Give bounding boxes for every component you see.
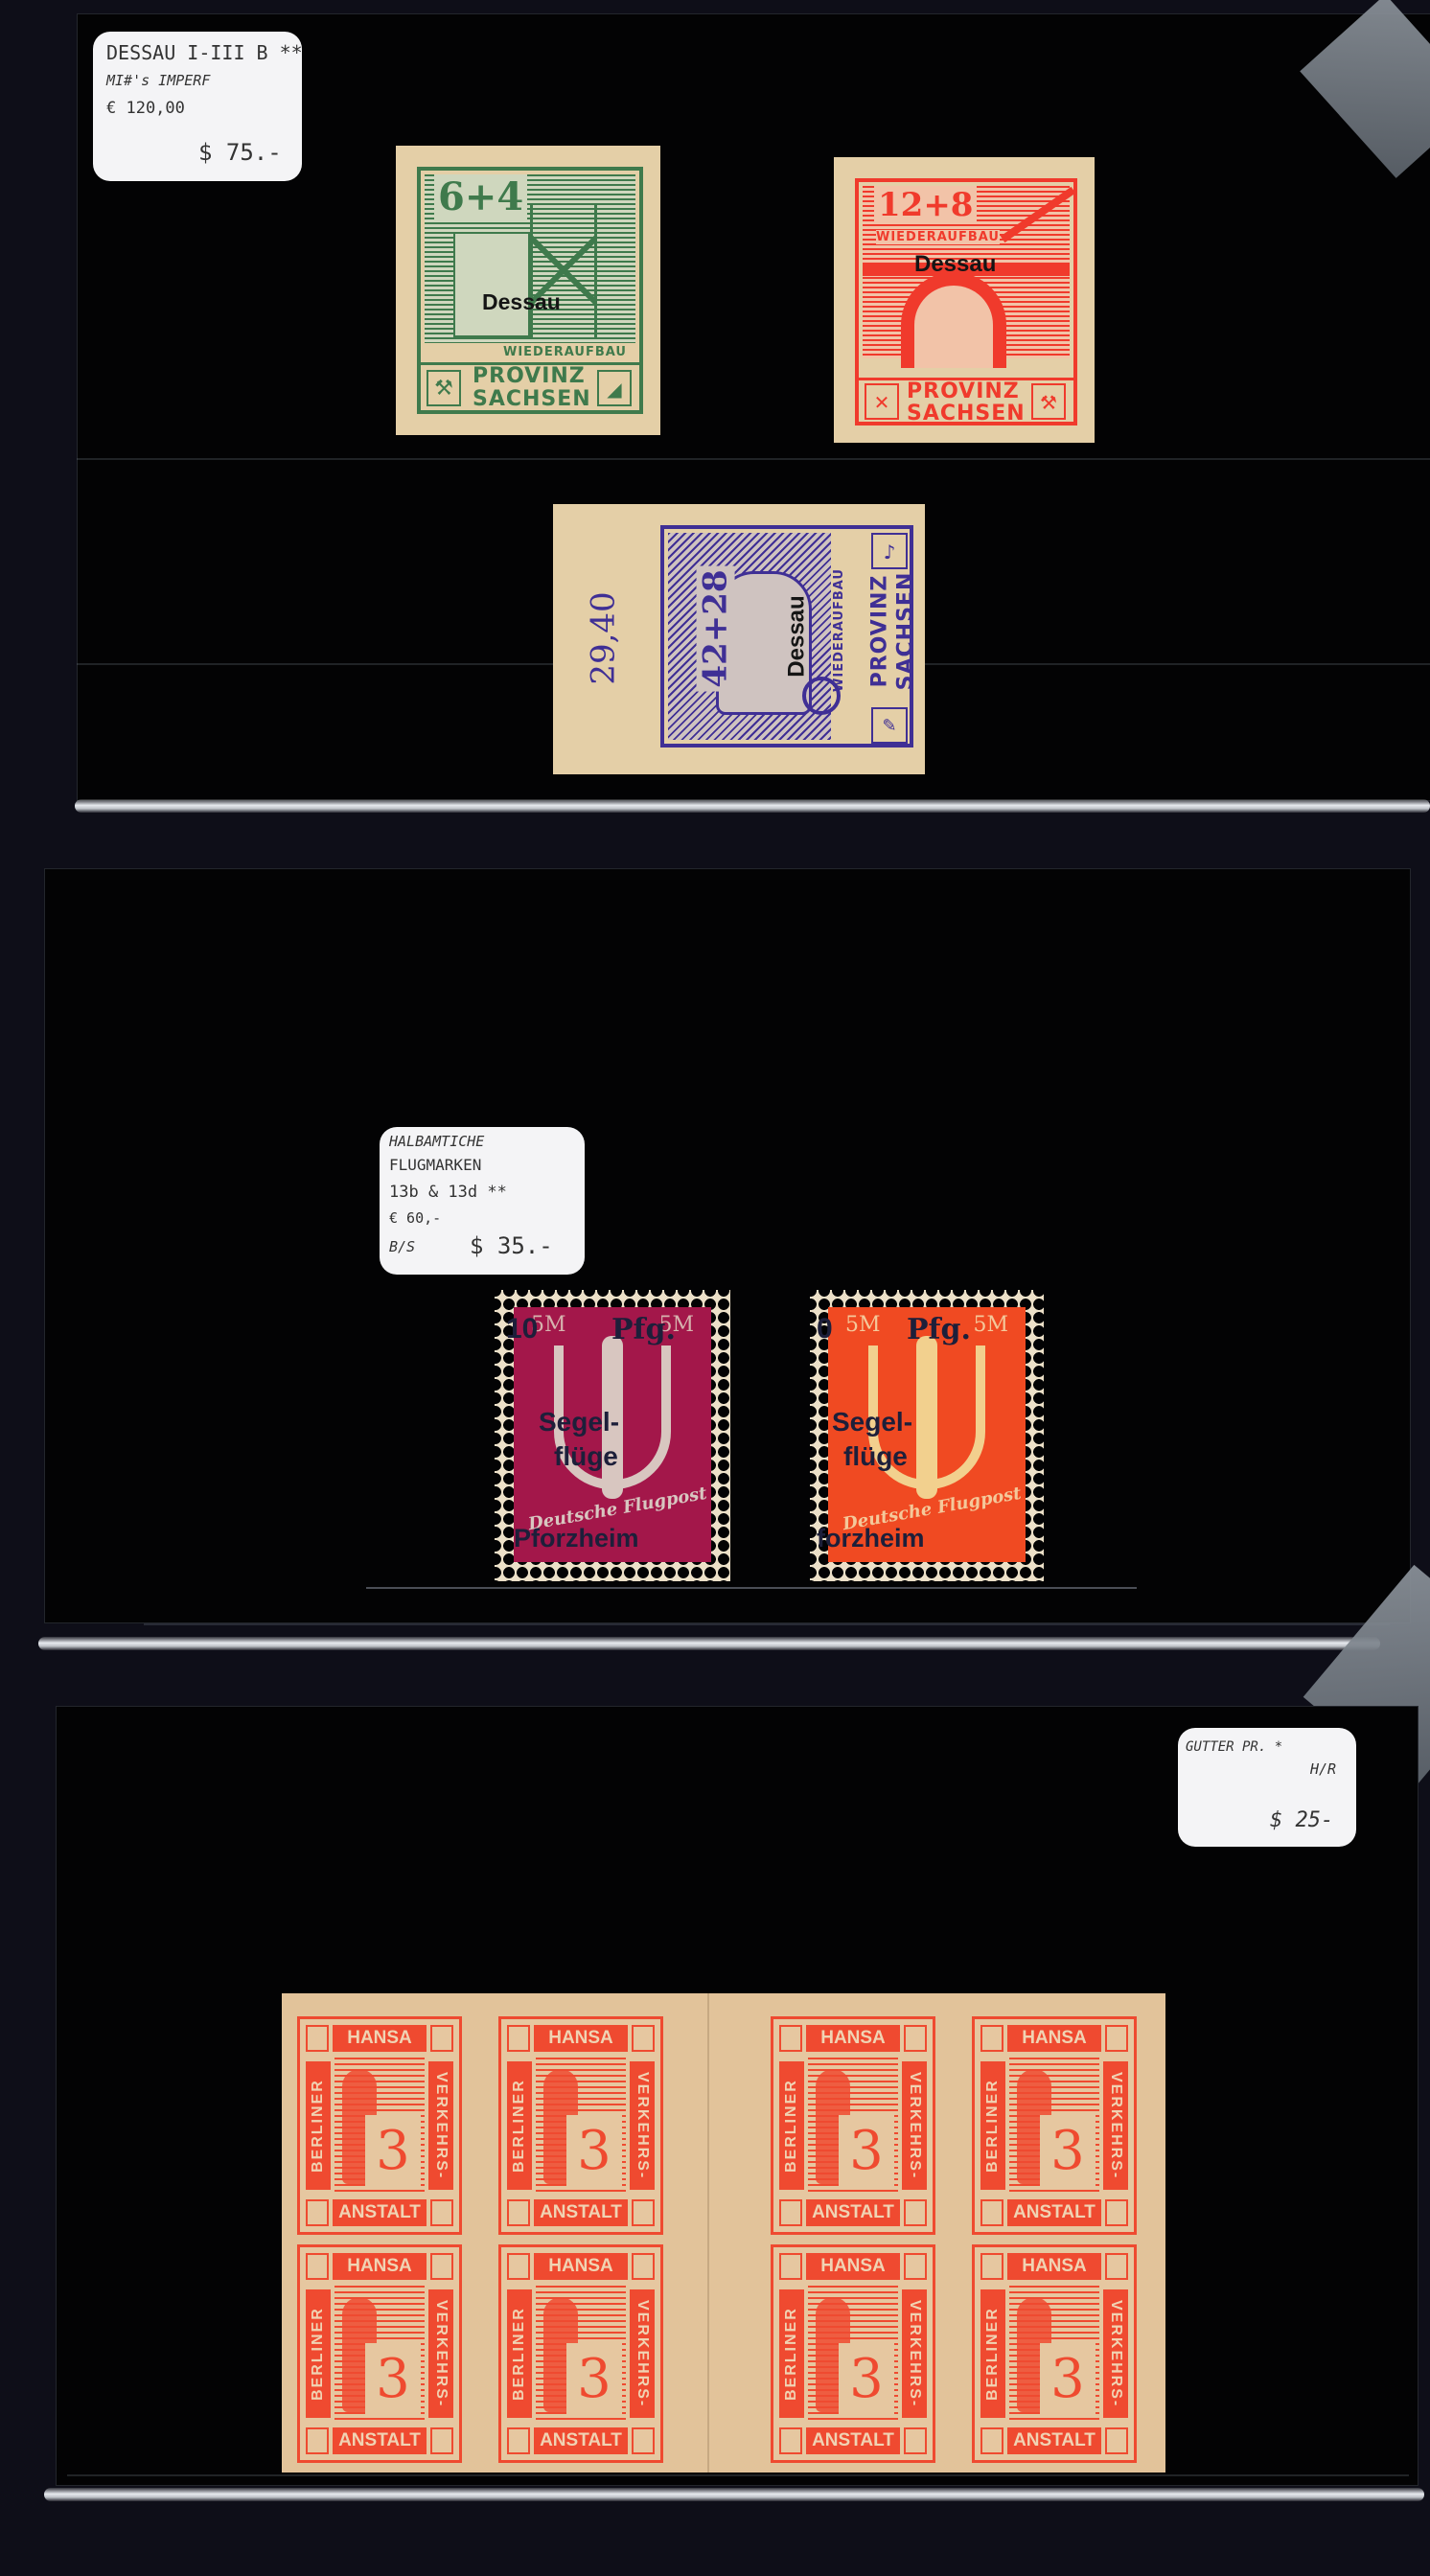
stamp-value: 3: [1040, 2115, 1096, 2188]
stamp-right-text: VERKEHRS-: [902, 2289, 927, 2418]
stamp-line2: SACHSEN: [473, 387, 591, 411]
stamp-hansa: 3 HANSA ANSTALT BERLINER VERKEHRS-: [972, 2016, 1137, 2235]
ornament-icon: [306, 2427, 329, 2454]
label-line: HALBAMTICHE: [389, 1133, 484, 1150]
label-price: $ 35.-: [470, 1232, 553, 1259]
stamp-right-text: VERKEHRS-: [630, 2061, 655, 2190]
stamp-top-text: HANSA: [1007, 2253, 1101, 2280]
stamp-left-text: BERLINER: [980, 2061, 1005, 2190]
ornament-icon: [306, 2025, 329, 2052]
label-line: € 60,-: [389, 1209, 441, 1227]
overprint-city: Pforzheim: [514, 1524, 639, 1553]
ornament-icon: [904, 2025, 927, 2052]
label-line: MI#'s IMPERF: [106, 72, 210, 89]
corner-value: 5M: [845, 1313, 881, 1337]
overprint-line1: Segel-: [539, 1407, 619, 1437]
ornament-icon: [507, 2427, 530, 2454]
stamp-overprint: Dessau: [914, 251, 996, 278]
overprint-unit: Pfg.: [907, 1313, 971, 1346]
stamp-top-text: HANSA: [1007, 2025, 1101, 2052]
stamp-top-text: HANSA: [534, 2025, 628, 2052]
stamp-right-text: VERKEHRS-: [1103, 2289, 1128, 2418]
stamp-value: 3: [566, 2115, 622, 2188]
stamp-overprint: Dessau: [482, 289, 561, 315]
ornament-icon: [904, 2199, 927, 2226]
stamp-value: 3: [839, 2343, 894, 2416]
ornament-icon: [779, 2253, 802, 2280]
ornament-icon: [430, 2427, 453, 2454]
stamp-right-text: VERKEHRS-: [902, 2061, 927, 2190]
stamp-bottom-text: ANSTALT: [1007, 2199, 1101, 2226]
stamp-left-text: BERLINER: [507, 2061, 532, 2190]
ornament-icon: [306, 2253, 329, 2280]
stamp-left-text: BERLINER: [779, 2289, 804, 2418]
price-label-dessau: DESSAU I-III B ** MI#'s IMPERF € 120,00 …: [93, 32, 302, 181]
stamp-value: 42+28: [697, 565, 735, 691]
hammer-icon: ⚒: [1031, 383, 1066, 420]
ornament-icon: [430, 2025, 453, 2052]
stamp-left-text: BERLINER: [306, 2289, 331, 2418]
overprint-value: 10: [506, 1313, 538, 1345]
label-line: € 120,00: [106, 99, 185, 118]
strip-divider: [144, 1623, 1390, 1625]
ornament-icon: [779, 2199, 802, 2226]
overprint-line2: flüge: [843, 1441, 908, 1472]
ornament-icon: [507, 2253, 530, 2280]
stamp-line2: SACHSEN: [893, 572, 917, 691]
stamp-bottom-text: ANSTALT: [333, 2427, 427, 2454]
label-price: $ 25-: [1270, 1808, 1333, 1832]
ornament-icon: [507, 2025, 530, 2052]
ornament-icon: [980, 2025, 1003, 2052]
price-label-gutter: GUTTER PR. * H/R $ 25-: [1178, 1728, 1356, 1847]
overprint-unit: Pfg.: [611, 1313, 676, 1346]
stamp-line2: SACHSEN: [907, 402, 1026, 425]
stamp-dessau-green: 6+4 WIEDERAUFBAU PROVINZ SACHSEN ⚒ ◢ Des…: [396, 146, 660, 435]
stamp-right-text: VERKEHRS-: [428, 2061, 453, 2190]
ornament-icon: [980, 2199, 1003, 2226]
ornament-icon: [980, 2427, 1003, 2454]
stamp-line1: PROVINZ: [473, 364, 586, 388]
ornament-icon: [430, 2199, 453, 2226]
posthorn-icon: ♪: [871, 533, 908, 569]
stamp-top-text: HANSA: [333, 2253, 427, 2280]
stamp-value: 6+4: [434, 174, 527, 219]
strip-sheen: [75, 799, 1430, 813]
stamp-dessau-violet: 29,40 42+28 WIEDERAUFBAU PROVINZ SACHSEN…: [553, 504, 925, 774]
overprint-city: forzheim: [817, 1524, 925, 1553]
gutter-block-hansa: 3 HANSA ANSTALT BERLINER VERKEHRS- 3 HAN…: [282, 1993, 1165, 2472]
ornament-icon: [1105, 2427, 1128, 2454]
stamp-scaffold: [530, 203, 597, 337]
stamp-hansa: 3 HANSA ANSTALT BERLINER VERKEHRS-: [297, 2016, 462, 2235]
stamp-caption: WIEDERAUFBAU: [876, 230, 1000, 244]
strip-divider: [67, 2474, 1409, 2476]
price-label-flugmarken: HALBAMTICHE FLUGMARKEN 13b & 13d ** € 60…: [380, 1127, 585, 1275]
stamp-bottom-text: ANSTALT: [806, 2427, 900, 2454]
ornament-icon: [632, 2253, 655, 2280]
label-line: H/R: [1310, 1760, 1336, 1778]
stamp-top-text: HANSA: [806, 2253, 900, 2280]
stamp-bottom-text: ANSTALT: [534, 2199, 628, 2226]
strip-divider: [77, 458, 1430, 460]
quill-icon: ✎: [871, 707, 908, 744]
overprint-value: 0: [817, 1313, 833, 1345]
stamp-value: 3: [1040, 2343, 1096, 2416]
gutter-fold: [707, 1993, 709, 2472]
stamp-top-text: HANSA: [333, 2025, 427, 2052]
compass-icon: ✕: [865, 383, 899, 420]
ornament-icon: [632, 2025, 655, 2052]
ornament-icon: [1105, 2025, 1128, 2052]
stamp-bottom-text: ANSTALT: [1007, 2427, 1101, 2454]
ornament-icon: [904, 2427, 927, 2454]
ornament-icon: [507, 2199, 530, 2226]
stamp-left-text: BERLINER: [980, 2289, 1005, 2418]
stamp-right-text: VERKEHRS-: [1103, 2061, 1128, 2190]
stamp-caption: WIEDERAUFBAU: [503, 345, 627, 359]
stamp-hansa: 3 HANSA ANSTALT BERLINER VERKEHRS-: [771, 2244, 935, 2463]
stamp-bottom-text: ANSTALT: [806, 2199, 900, 2226]
stamp-hansa: 3 HANSA ANSTALT BERLINER VERKEHRS-: [972, 2244, 1137, 2463]
stamp-left-text: BERLINER: [507, 2289, 532, 2418]
stamp-building: [453, 232, 530, 337]
corner-value: 5M: [973, 1313, 1008, 1337]
stamp-value: 3: [839, 2115, 894, 2188]
ornament-icon: [632, 2199, 655, 2226]
ornament-icon: [632, 2427, 655, 2454]
stamp-overprint: Dessau: [784, 595, 811, 677]
stamp-top-text: HANSA: [534, 2253, 628, 2280]
ornament-icon: [1105, 2253, 1128, 2280]
ornament-icon: [430, 2253, 453, 2280]
label-line: GUTTER PR. *: [1186, 1739, 1282, 1755]
label-line: FLUGMARKEN: [389, 1156, 481, 1174]
ornament-icon: [904, 2253, 927, 2280]
ornament-icon: [779, 2025, 802, 2052]
trowel-icon: ◢: [597, 370, 632, 406]
overprint-line1: Segel-: [832, 1407, 912, 1437]
overprint-line2: flüge: [554, 1441, 618, 1472]
dove-body: [916, 1336, 937, 1499]
stamp-bottom-text: ANSTALT: [534, 2427, 628, 2454]
ornament-icon: [1105, 2199, 1128, 2226]
ornament-icon: [306, 2199, 329, 2226]
strip-sheen: [44, 2488, 1424, 2501]
stamp-left-text: BERLINER: [779, 2061, 804, 2190]
stamp-value: 12+8: [874, 186, 977, 224]
stamp-dessau-red: 12+8 WIEDERAUFBAU PROVINZ SACHSEN ✕ ⚒ De…: [834, 157, 1095, 443]
ornament-icon: [779, 2427, 802, 2454]
stamp-hansa: 3 HANSA ANSTALT BERLINER VERKEHRS-: [498, 2244, 663, 2463]
stamp-hansa: 3 HANSA ANSTALT BERLINER VERKEHRS-: [297, 2244, 462, 2463]
stamp-top-text: HANSA: [806, 2025, 900, 2052]
stamp-value: 3: [365, 2115, 421, 2188]
label-price: $ 75.-: [198, 139, 282, 166]
label-note: B/S: [389, 1238, 415, 1255]
stamp-value: 3: [566, 2343, 622, 2416]
stamp-value: 3: [365, 2343, 421, 2416]
stamp-hansa: 3 HANSA ANSTALT BERLINER VERKEHRS-: [498, 2016, 663, 2235]
label-line: 13b & 13d **: [389, 1183, 507, 1202]
stamp-left-text: BERLINER: [306, 2061, 331, 2190]
stamp-right-text: VERKEHRS-: [428, 2289, 453, 2418]
label-line: DESSAU I-III B **: [106, 41, 303, 64]
stamp-right-text: VERKEHRS-: [630, 2289, 655, 2418]
stamp-hansa: 3 HANSA ANSTALT BERLINER VERKEHRS-: [771, 2016, 935, 2235]
stamp-line1: PROVINZ: [867, 575, 891, 688]
ornament-icon: [980, 2253, 1003, 2280]
hammer-icon: ⚒: [427, 370, 461, 406]
strip-sheen: [38, 1637, 1380, 1650]
stamp-bottom-text: ANSTALT: [333, 2199, 427, 2226]
stamp-line1: PROVINZ: [907, 379, 1020, 403]
stamp-bridge-arch: [901, 272, 1006, 368]
margin-number: 29,40: [585, 591, 623, 684]
stamp-caption: WIEDERAUFBAU: [832, 568, 846, 692]
